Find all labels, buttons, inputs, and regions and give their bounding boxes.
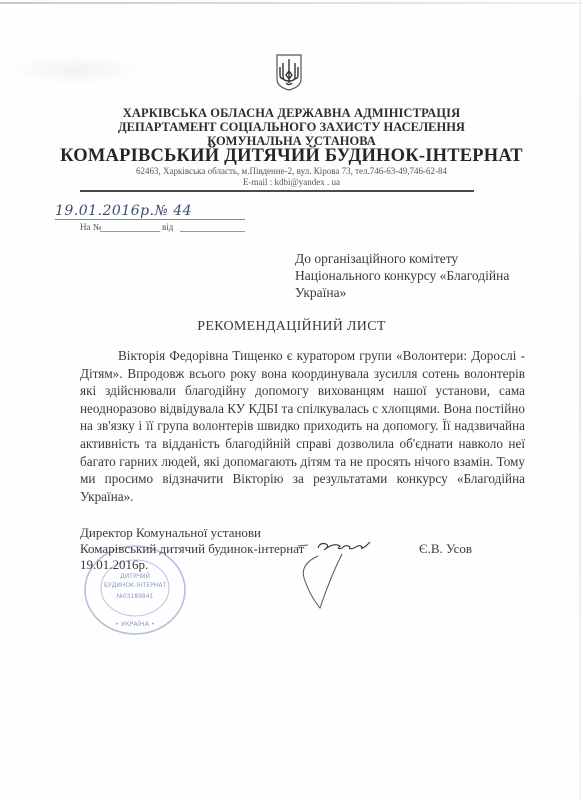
signatory-organization: Комарівський дитячий будинок-інтернат [80, 541, 304, 557]
signatory-block: Директор Комунальної установи Комарівськ… [80, 525, 304, 573]
reference-date-label: від [162, 222, 173, 232]
letter-body: Вікторія Федорівна Тищенко є куратором г… [80, 347, 525, 505]
addressee-block: До організаційного комітету Національног… [295, 250, 525, 301]
registration-date-number: 19.01.2016р.№ 44 [55, 203, 192, 219]
letterhead-department: ДЕПАРТАМЕНТ СОЦІАЛЬНОГО ЗАХИСТУ НАСЕЛЕНН… [0, 120, 583, 135]
addressee-line: Україна» [295, 284, 525, 301]
svg-text:БУДИНОК-ІНТЕРНАТ: БУДИНОК-ІНТЕРНАТ [104, 582, 167, 589]
letterhead-administration: ХАРКІВСЬКА ОБЛАСНА ДЕРЖАВНА АДМІНІСТРАЦІ… [0, 106, 583, 121]
signatory-position: Директор Комунальної установи [80, 525, 304, 541]
scan-edge-top [0, 2, 583, 4]
signatory-name: Є.В. Усов [419, 541, 472, 557]
svg-text:• УКРАЇНА •: • УКРАЇНА • [115, 619, 155, 628]
reference-number-label: На № [80, 222, 101, 232]
scan-bleed-through [5, 55, 145, 85]
letter-title: РЕКОМЕНДАЦІЙНИЙ ЛИСТ [0, 319, 583, 335]
reference-number-blank [100, 231, 160, 232]
letterhead-organization: КОМАРІВСЬКИЙ ДИТЯЧИЙ БУДИНОК-ІНТЕРНАТ [0, 146, 583, 167]
letterhead-divider [80, 190, 474, 192]
signature-date: 19.01.2016р. [80, 557, 304, 573]
reference-date-blank [180, 231, 245, 232]
letterhead-email: E-mail : kdbi@yandex . ua [0, 177, 583, 187]
letterhead-address: 62463, Харківська область, м.Південне-2,… [0, 166, 583, 176]
addressee-line: До організаційного комітету [295, 250, 525, 267]
coat-of-arms-icon [275, 53, 303, 91]
svg-text:№03189841: №03189841 [117, 593, 154, 600]
registration-underline [55, 219, 245, 220]
document-page: ХАРКІВСЬКА ОБЛАСНА ДЕРЖАВНА АДМІНІСТРАЦІ… [0, 0, 583, 800]
svg-text:ДИТЯЧИЙ: ДИТЯЧИЙ [120, 573, 150, 580]
handwritten-signature-icon [290, 538, 390, 618]
addressee-line: Національного конкурсу «Благодійна [295, 267, 525, 284]
